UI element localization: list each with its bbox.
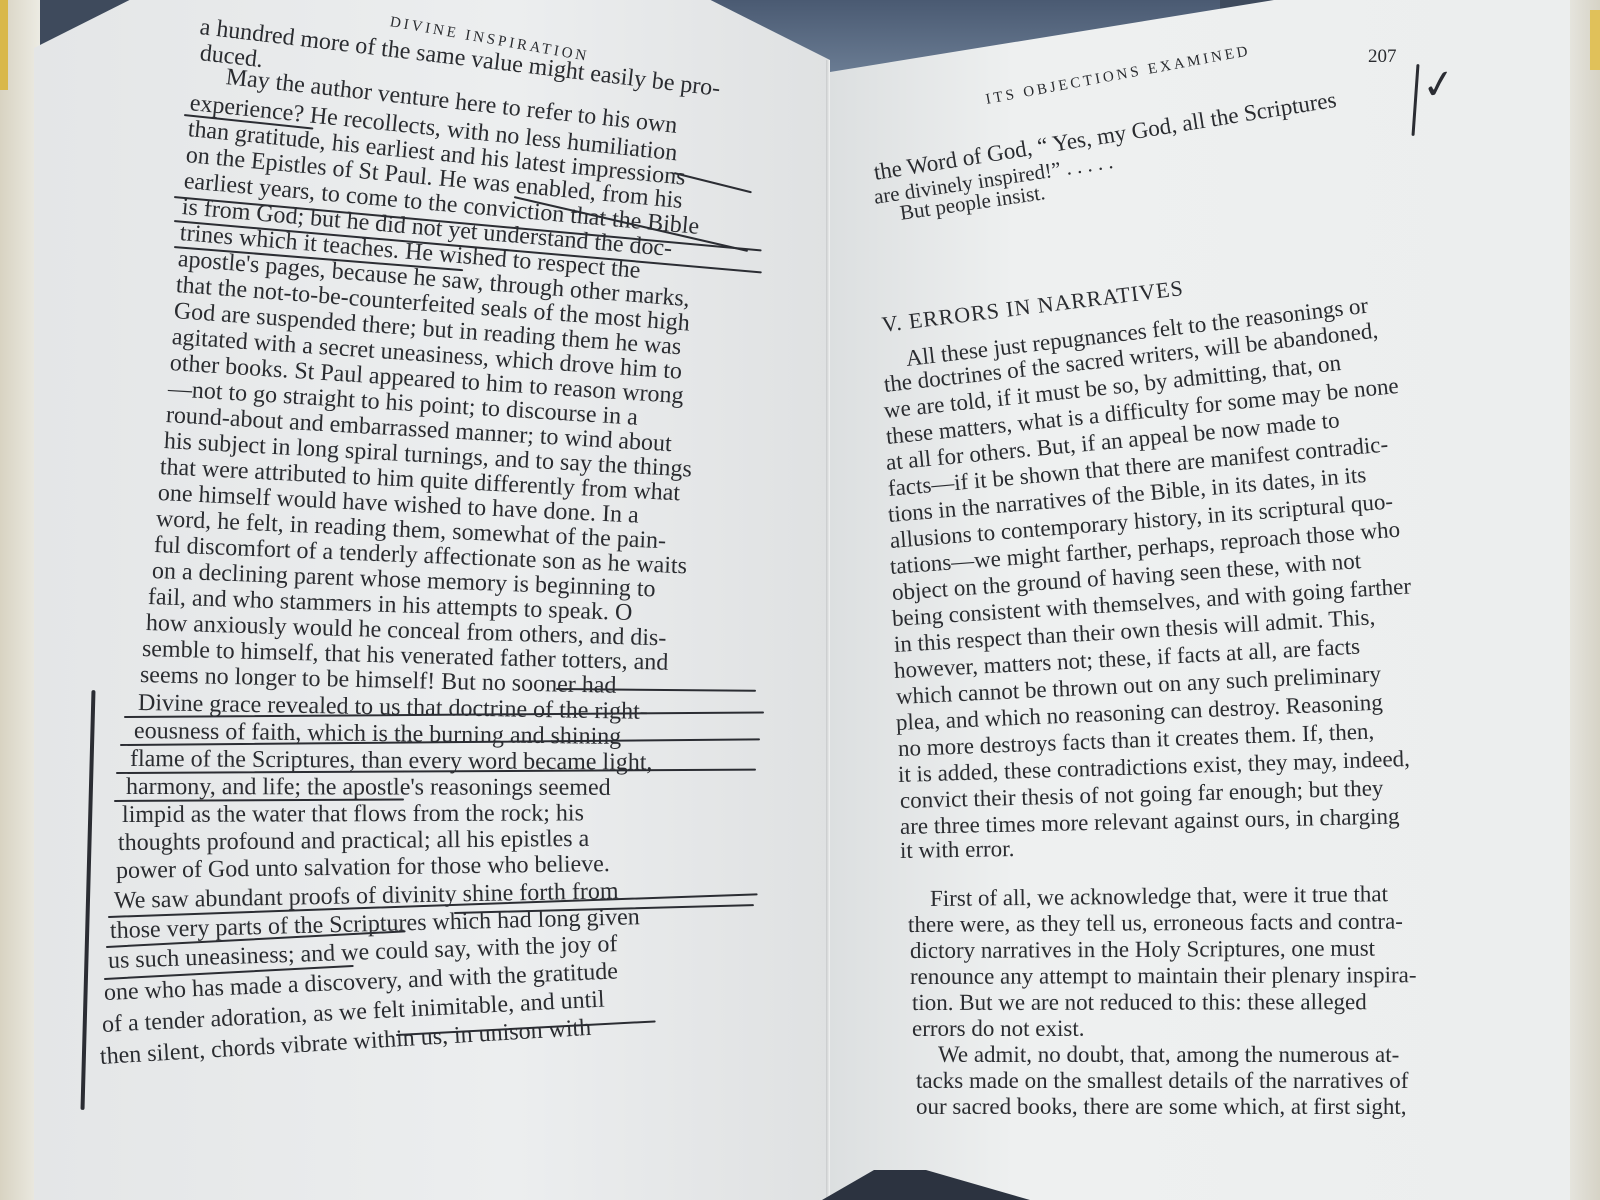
checkmark-icon: ✓ [1419, 60, 1459, 110]
page-number: 207 [1368, 46, 1397, 68]
text-line: renounce any attempt to maintain their p… [910, 962, 1417, 990]
bookmark-tab [0, 0, 8, 90]
right-page: ITS OBJECTIONS EXAMINED 207 the Word of … [830, 0, 1570, 1200]
text-line: dictory narratives in the Holy Scripture… [910, 936, 1375, 964]
bookmark-tab [1590, 10, 1600, 70]
book-edge-right [1566, 0, 1600, 1200]
left-page: DIVINE INSPIRATION a hundred more of the… [34, 0, 830, 1200]
text-line: tacks made on the smallest details of th… [916, 1068, 1408, 1094]
margin-bracket [1411, 64, 1419, 136]
text-line: We admit, no doubt, that, among the nume… [938, 1042, 1399, 1068]
text-line: tion. But we are not reduced to this: th… [912, 989, 1367, 1016]
text-line: harmony, and life; the apostle's reasoni… [126, 774, 611, 801]
running-header: ITS OBJECTIONS EXAMINED [984, 43, 1252, 109]
text-line: our sacred books, there are some which, … [916, 1094, 1407, 1120]
text-line: there were, as they tell us, erroneous f… [908, 909, 1403, 938]
text-line: it with error. [900, 836, 1015, 864]
pen-underline [674, 172, 752, 193]
text-line: limpid as the water that flows from the … [122, 800, 584, 828]
text-line: errors do not exist. [912, 1016, 1084, 1042]
book-gutter [826, 60, 830, 1200]
text-line: First of all, we acknowledge that, were … [930, 881, 1388, 912]
margin-bracket [81, 690, 96, 1110]
